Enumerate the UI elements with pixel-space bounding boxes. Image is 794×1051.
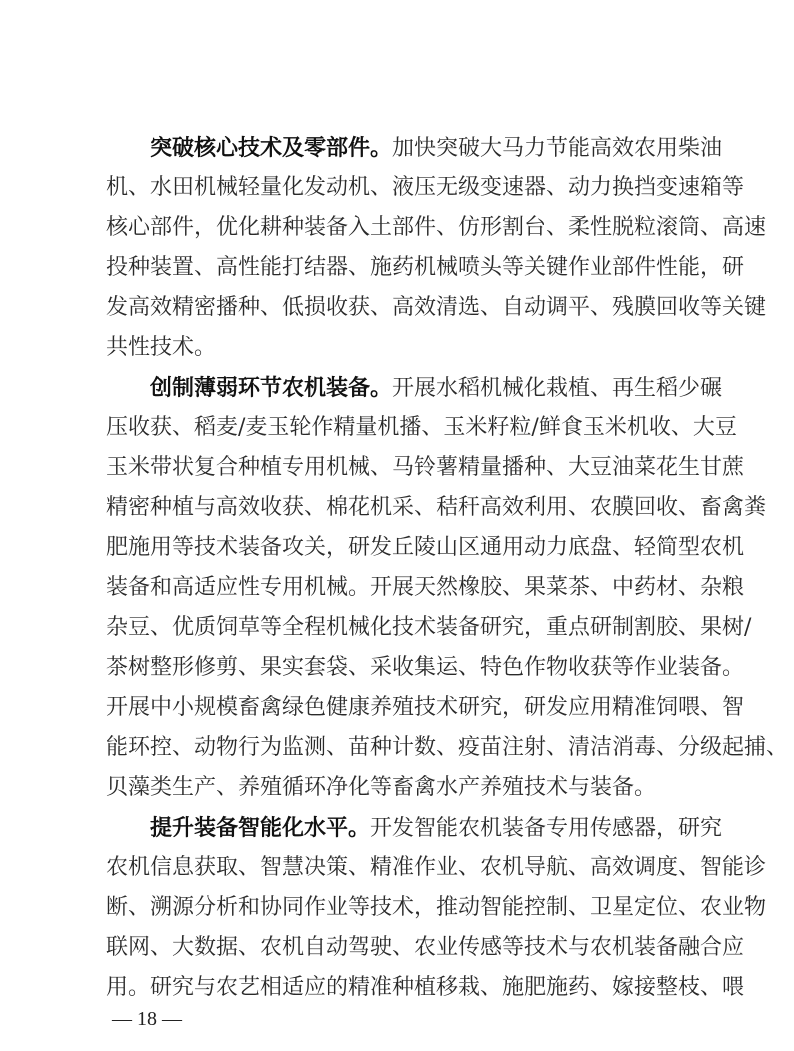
paragraph-1-line-5: 发高效精密播种、低损收获、高效清选、自动调平、残膜回收等关键 — [106, 288, 692, 328]
text: 开发智能农机装备专用传感器，研究 — [370, 816, 722, 841]
paragraph-2-line-3: 玉米带状复合种植专用机械、马铃薯精量播种、大豆油菜花生甘蔗 — [106, 448, 692, 488]
paragraph-2-line-7: 杂豆、优质饲草等全程机械化技术装备研究，重点研制割胶、果树/ — [106, 608, 692, 648]
document-page: 突破核心技术及零部件。加快突破大马力节能高效农用柴油 机、水田机械轻量化发动机、… — [0, 0, 794, 1051]
text: 加快突破大马力节能高效农用柴油 — [392, 136, 722, 161]
paragraph-2-line-4: 精密种植与高效收获、棉花机采、秸秆高效利用、农膜回收、畜禽粪 — [106, 488, 692, 528]
paragraph-2-line-6: 装备和高适应性专用机械。开展天然橡胶、果菜茶、中药材、杂粮 — [106, 568, 692, 608]
paragraph-3-line-1: 提升装备智能化水平。开发智能农机装备专用传感器，研究 — [150, 808, 692, 848]
paragraph-2-line-2: 压收获、稻麦/麦玉轮作精量机播、玉米籽粒/鲜食玉米机收、大豆 — [106, 408, 692, 448]
paragraph-2-line-10: 能环控、动物行为监测、苗种计数、疫苗注射、清洁消毒、分级起捕、 — [106, 728, 692, 768]
paragraph-1-line-6: 共性技术。 — [106, 328, 692, 368]
paragraph-2-line-8: 茶树整形修剪、果实套袋、采收集运、特色作物收获等作业装备。 — [106, 648, 692, 688]
paragraph-3-line-3: 断、溯源分析和协同作业等技术，推动智能控制、卫星定位、农业物 — [106, 888, 692, 928]
paragraph-3-line-4: 联网、大数据、农机自动驾驶、农业传感等技术与农机装备融合应 — [106, 928, 692, 968]
paragraph-2-line-9: 开展中小规模畜禽绿色健康养殖技术研究，研发应用精准饲喂、智 — [106, 688, 692, 728]
paragraph-2-line-1: 创制薄弱环节农机装备。开展水稻机械化栽植、再生稻少碾 — [150, 368, 692, 408]
paragraph-2-line-5: 肥施用等技术装备攻关，研发丘陵山区通用动力底盘、轻简型农机 — [106, 528, 692, 568]
page-number: — 18 — — [112, 1008, 182, 1031]
paragraph-1-line-1: 突破核心技术及零部件。加快突破大马力节能高效农用柴油 — [150, 128, 692, 168]
paragraph-1-line-4: 投种装置、高性能打结器、施药机械喷头等关键作业部件性能，研 — [106, 248, 692, 288]
paragraph-1-heading: 突破核心技术及零部件。 — [150, 135, 392, 161]
paragraph-3-line-5: 用。研究与农艺相适应的精准种植移栽、施肥施药、嫁接整枝、喂 — [106, 968, 692, 1008]
paragraph-2-heading: 创制薄弱环节农机装备。 — [150, 375, 392, 401]
paragraph-1-line-2: 机、水田机械轻量化发动机、液压无级变速器、动力换挡变速箱等 — [106, 168, 692, 208]
paragraph-3-heading: 提升装备智能化水平。 — [150, 815, 370, 841]
paragraph-3-line-2: 农机信息获取、智慧决策、精准作业、农机导航、高效调度、智能诊 — [106, 848, 692, 888]
text: 开展水稻机械化栽植、再生稻少碾 — [392, 376, 722, 401]
paragraph-2-line-11: 贝藻类生产、养殖循环净化等畜禽水产养殖技术与装备。 — [106, 768, 692, 808]
paragraph-1-line-3: 核心部件，优化耕种装备入土部件、仿形割台、柔性脱粒滚筒、高速 — [106, 208, 692, 248]
